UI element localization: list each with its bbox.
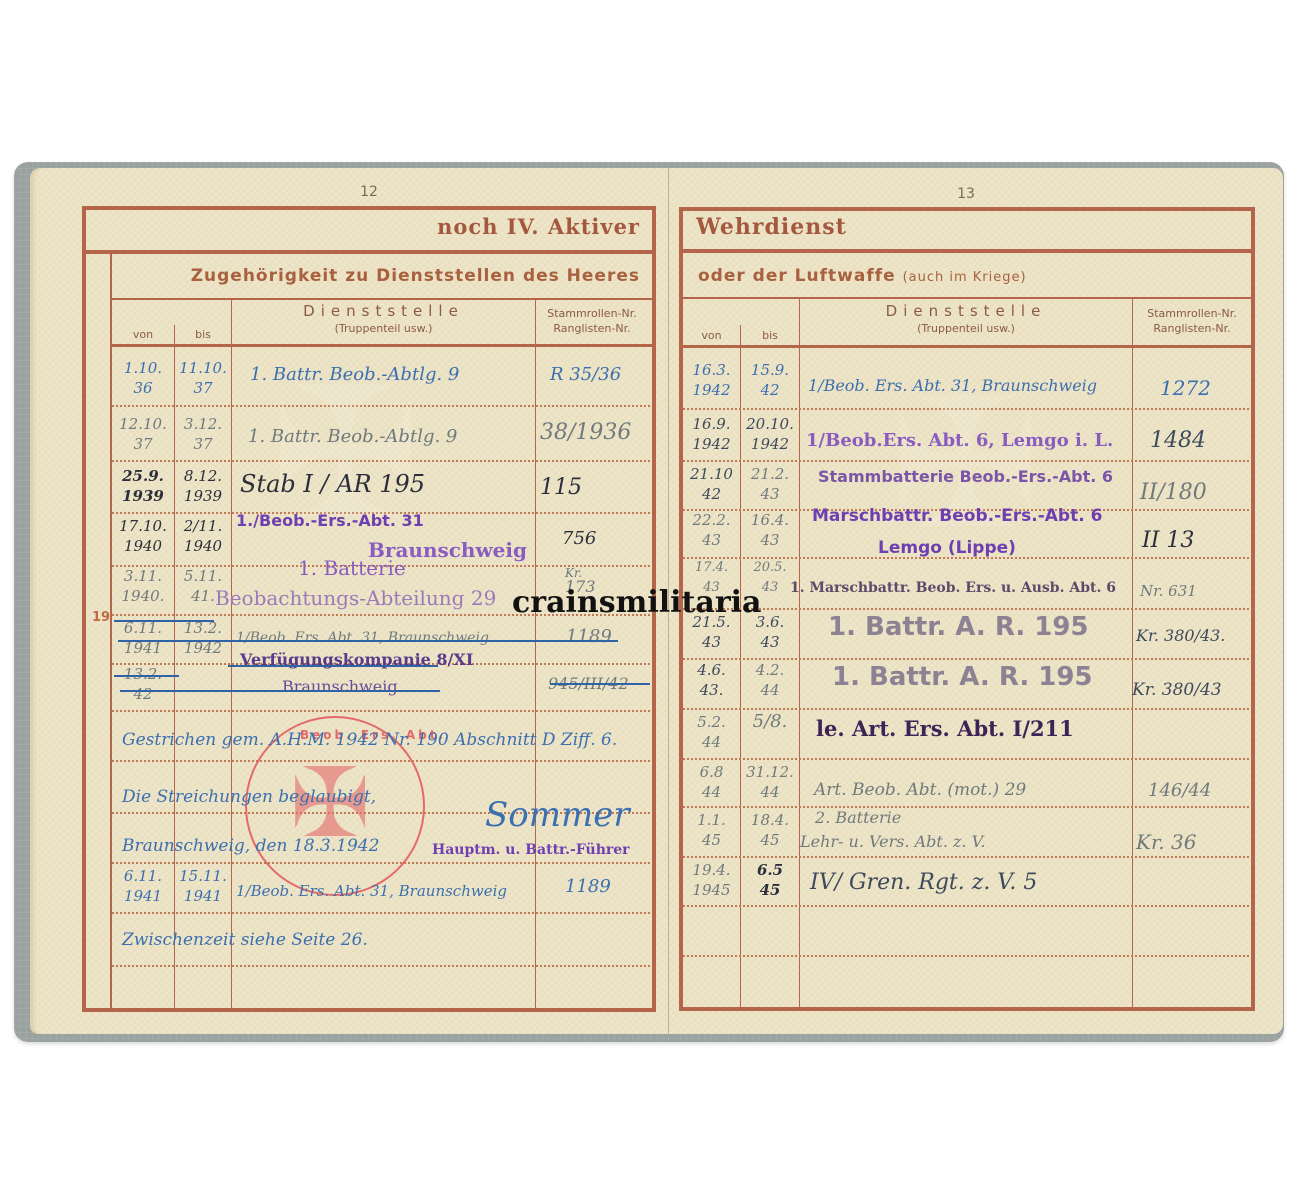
row-divider xyxy=(112,912,650,914)
left-page-subtitle: Zugehörigkeit zu Dienststellen des Heere… xyxy=(140,266,640,286)
right-subheader-rule xyxy=(683,297,1251,299)
entry-bis: 11.10.37 xyxy=(175,358,231,398)
entry-von: 17.10.1940 xyxy=(112,516,174,556)
entry-von: 16.9.1942 xyxy=(683,414,740,454)
entry-bis: 6.545 xyxy=(741,860,799,900)
annotation-line: Braunschweig, den 18.3.1942 xyxy=(122,836,379,856)
entry-von: 25.9.1939 xyxy=(112,466,174,506)
right-col-header-stamm: Stammrollen-Nr.Ranglisten-Nr. xyxy=(1133,306,1251,336)
entry-bis: 16.4.43 xyxy=(741,510,799,550)
unit-stamp: 1. Batterie xyxy=(298,556,406,580)
entry-unit: Stab I / AR 195 xyxy=(240,470,425,498)
entry-number: Kr. 380/43. xyxy=(1136,626,1225,645)
entry-unit: 1. Battr. Beob.-Abtlg. 9 xyxy=(250,364,459,385)
unit-stamp: Beobachtungs-Abteilung 29 xyxy=(215,586,496,610)
entry-bis: 2/11.1940 xyxy=(175,516,231,556)
entry-bis: 3.12.37 xyxy=(175,414,231,454)
row-divider xyxy=(683,806,1249,808)
unit-stamp: Marschbattr. Beob.-Ers.-Abt. 6 xyxy=(812,506,1102,526)
left-rang-label: Ranglisten-Nr. xyxy=(536,321,648,336)
entry-von: 6.11.1941 xyxy=(112,866,174,906)
entry-number: 38/1936 xyxy=(540,420,631,445)
right-col-dienst-nr xyxy=(1132,297,1133,1008)
entry-bis: 31.12.44 xyxy=(741,762,799,802)
row-divider xyxy=(683,758,1249,760)
unit-stamp: 1. Battr. A. R. 195 xyxy=(832,662,1093,692)
entry-number: Kr. 380/43 xyxy=(1132,680,1222,700)
entry-number: 115 xyxy=(540,475,582,500)
entry-number: Kr. 36 xyxy=(1136,830,1196,854)
entry-number: II 13 xyxy=(1142,528,1194,553)
row-divider xyxy=(112,965,650,967)
unit-stamp: le. Art. Ers. Abt. I/211 xyxy=(816,716,1074,741)
right-rang-label: Ranglisten-Nr. xyxy=(1133,321,1251,336)
entry-von: 22.2.43 xyxy=(683,510,740,550)
entry-bis: 20.10.1942 xyxy=(741,414,799,454)
page-number-right: 13 xyxy=(946,186,986,202)
row-divider xyxy=(683,905,1249,907)
right-col-header-dienststelle: Dienststelle xyxy=(800,302,1132,320)
right-col-header-dienststelle-sub: (Truppenteil usw.) xyxy=(800,322,1132,335)
right-col-bis-dienst xyxy=(799,297,800,1008)
entry-unit: Art. Beob. Abt. (mot.) 29 xyxy=(814,780,1026,800)
entry-bis: 8.12.1939 xyxy=(175,466,231,506)
entry-von: 21.1042 xyxy=(683,464,740,504)
signature-rank-stamp: Hauptm. u. Battr.-Führer xyxy=(432,842,630,858)
unit-stamp: Stammbatterie Beob.-Ers.-Abt. 6 xyxy=(818,467,1113,486)
left-col-header-von: von xyxy=(112,328,174,341)
unit-stamp: 1/Beob.Ers. Abt. 6, Lemgo i. L. xyxy=(806,430,1113,451)
unit-stamp: 1. Battr. A. R. 195 xyxy=(828,612,1089,642)
right-columnhead-rule xyxy=(683,345,1251,348)
unit-stamp: Lemgo (Lippe) xyxy=(878,538,1016,558)
strikethrough xyxy=(120,690,440,692)
entry-number: Nr. 631 xyxy=(1140,582,1197,600)
entry-bis: 18.4.45 xyxy=(741,810,799,850)
right-stamm-label: Stammrollen-Nr. xyxy=(1133,306,1251,321)
entry-number: 1484 xyxy=(1150,428,1206,453)
annotation-line: Gestrichen gem. A.H.M. 1942 Nr. 190 Absc… xyxy=(122,730,617,750)
entry-number: 756 xyxy=(562,528,596,549)
entry-von: 19.4.1945 xyxy=(683,860,740,900)
row-divider xyxy=(683,955,1249,957)
entry-number: R 35/36 xyxy=(550,364,621,385)
left-col-header-bis: bis xyxy=(175,328,231,341)
entry-number: 1189 xyxy=(565,876,611,897)
entry-bis: 21.2.43 xyxy=(741,464,799,504)
unit-stamp: 1./Beob.-Ers.-Abt. 31 xyxy=(236,511,424,530)
right-page-subtitle: oder der Luftwaffe (auch im Kriege) xyxy=(698,266,1027,286)
entry-bis: 4.2.44 xyxy=(741,660,799,700)
right-page-title: Wehrdienst xyxy=(696,214,847,240)
annotation-line: Zwischenzeit siehe Seite 26. xyxy=(122,930,368,950)
unit-stamp: Braunschweig xyxy=(282,677,398,696)
signature: Sommer xyxy=(485,795,630,835)
strikethrough xyxy=(114,620,214,622)
entry-von: 1.1.45 xyxy=(683,810,740,850)
strikethrough xyxy=(228,665,438,667)
entry-number: 1189 xyxy=(566,626,612,647)
entry-unit: 1/Beob. Ers. Abt. 31, Braunschweig xyxy=(236,630,489,646)
strikethrough xyxy=(114,675,179,677)
left-stamm-label: Stammrollen-Nr. xyxy=(536,306,648,321)
entry-number: 1272 xyxy=(1160,376,1211,400)
entry-unit: 1/Beob. Ers. Abt. 31, Braunschweig xyxy=(808,376,1097,395)
entry-von: 5.2.44 xyxy=(683,712,740,752)
entry-bis: 5/8. xyxy=(741,712,799,732)
left-subheader-rule xyxy=(112,298,652,300)
left-col-header-dienststelle-sub: (Truppenteil usw.) xyxy=(232,322,535,335)
annotation-line: Die Streichungen beglaubigt, xyxy=(122,787,376,807)
entry-unit: Lehr- u. Vers. Abt. z. V. xyxy=(800,832,985,851)
entry-von: 3.11.1940. xyxy=(112,566,174,606)
entry-number: 146/44 xyxy=(1148,780,1211,801)
entry-bis: 15.9.42 xyxy=(741,360,799,400)
entry-number: II/180 xyxy=(1140,480,1207,505)
entry-unit: 1/Beob. Ers. Abt. 31, Braunschweig xyxy=(236,882,507,900)
strikethrough xyxy=(118,640,618,642)
left-page-title: noch IV. Aktiver xyxy=(390,214,640,239)
entry-bis: 15.11.1941 xyxy=(175,866,231,906)
page-number-left: 12 xyxy=(349,184,389,200)
left-columnhead-rule xyxy=(112,344,652,347)
left-col-header-stamm: Stammrollen-Nr.Ranglisten-Nr. xyxy=(536,306,648,336)
right-col-header-von: von xyxy=(683,329,740,342)
entry-unit: IV/ Gren. Rgt. z. V. 5 xyxy=(810,870,1037,895)
entry-von: 16.3.1942 xyxy=(683,360,740,400)
row-divider xyxy=(683,856,1249,858)
row-divider xyxy=(112,710,650,712)
entry-von: 6.844 xyxy=(683,762,740,802)
entry-von: 12.10.37 xyxy=(112,414,174,454)
row-divider xyxy=(683,608,1249,610)
entry-von: 1.10.36 xyxy=(112,358,174,398)
entry-unit: 1. Battr. Beob.-Abtlg. 9 xyxy=(248,426,457,447)
row-divider xyxy=(683,708,1249,710)
entry-von: 13.2.42 xyxy=(112,664,174,704)
line-marker: 19 xyxy=(92,610,110,625)
strikethrough xyxy=(550,683,650,685)
entry-von: 6.11.1941 xyxy=(112,618,174,658)
entry-von: 4.6.43. xyxy=(683,660,740,700)
left-col-header-dienststelle: Dienststelle xyxy=(232,302,535,320)
seller-watermark: crainsmilitaria xyxy=(512,585,761,620)
entry-unit: 2. Batterie xyxy=(815,808,901,827)
right-col-header-bis: bis xyxy=(741,329,799,342)
entry-bis: 13.2.1942 xyxy=(175,618,231,658)
unit-stamp: 1. Marschbattr. Beob. Ers. u. Ausb. Abt.… xyxy=(790,580,1116,596)
